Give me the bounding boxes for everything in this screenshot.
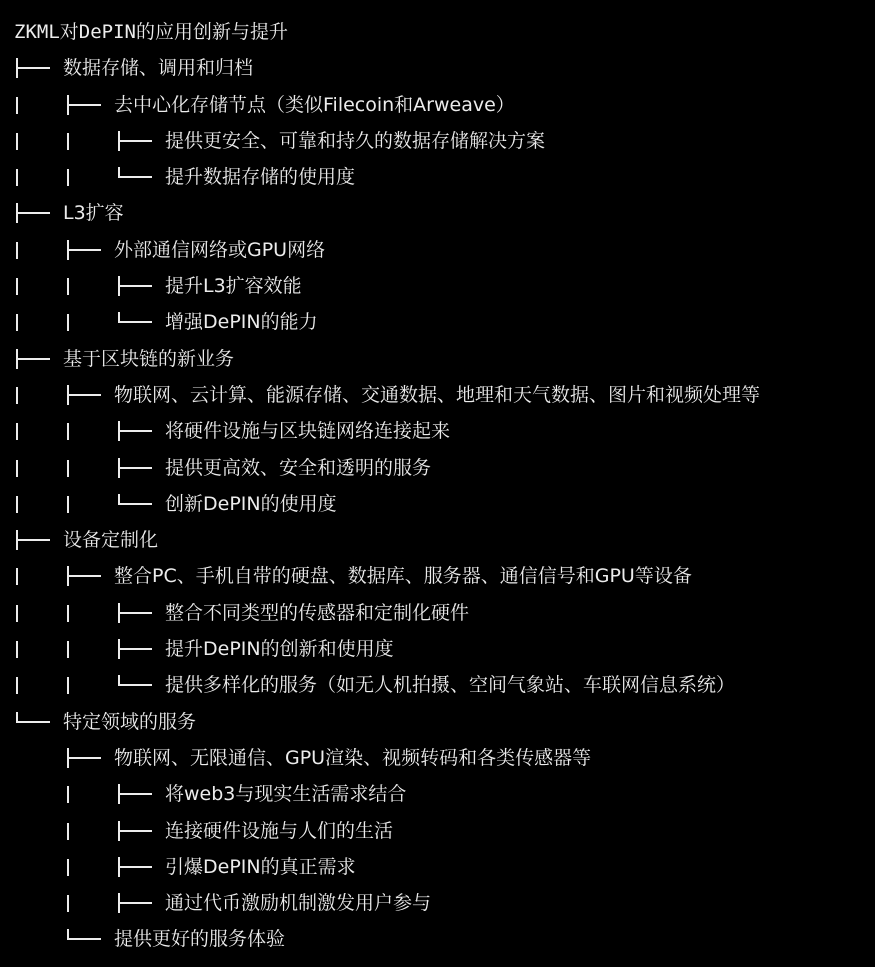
tree-connector xyxy=(14,813,165,849)
tree-node-label: L3扩容 xyxy=(63,195,124,231)
tree-connector xyxy=(14,740,114,776)
tree-node-label: 外部通信网络或GPU网络 xyxy=(114,232,325,268)
tree-node: 设备定制化 xyxy=(14,522,760,558)
tree-node-label: 增强DePIN的能力 xyxy=(165,304,318,340)
tree-node-label: 提供更高效、安全和透明的服务 xyxy=(165,450,431,486)
tree-node: 提供更好的服务体验 xyxy=(14,921,760,957)
tree-connector xyxy=(14,341,63,377)
tree-node-label: 连接硬件设施与人们的生活 xyxy=(165,813,393,849)
tree-node-label: 将web3与现实生活需求结合 xyxy=(165,776,406,812)
tree-node: 物联网、云计算、能源存储、交通数据、地理和天气数据、图片和视频处理等 xyxy=(14,377,760,413)
tree-connector xyxy=(14,377,114,413)
tree-node: 提供更安全、可靠和持久的数据存储解决方案 xyxy=(14,123,760,159)
tree-connector xyxy=(14,123,165,159)
tree-node-label: 提供多样化的服务（如无人机拍摄、空间气象站、车联网信息系统） xyxy=(165,667,735,703)
tree-node-label: 整合不同类型的传感器和定制化硬件 xyxy=(165,595,469,631)
tree-node: 提升DePIN的创新和使用度 xyxy=(14,631,760,667)
tree-node: 提供多样化的服务（如无人机拍摄、空间气象站、车联网信息系统） xyxy=(14,667,760,703)
tree-node-label: 引爆DePIN的真正需求 xyxy=(165,849,356,885)
tree-connector xyxy=(14,268,165,304)
tree-node: L3扩容 xyxy=(14,195,760,231)
tree-node-label: 创新DePIN的使用度 xyxy=(165,486,337,522)
tree-connector xyxy=(14,558,114,594)
tree-connector xyxy=(14,921,114,957)
tree-node: 去中心化存储节点（类似Filecoin和Arweave） xyxy=(14,87,760,123)
tree-node: 连接硬件设施与人们的生活 xyxy=(14,813,760,849)
tree-node: 物联网、无限通信、GPU渲染、视频转码和各类传感器等 xyxy=(14,740,760,776)
tree-node-label: 设备定制化 xyxy=(63,522,158,558)
tree-node: 整合不同类型的传感器和定制化硬件 xyxy=(14,595,760,631)
tree-node-label: 提升DePIN的创新和使用度 xyxy=(165,631,394,667)
tree-node: 基于区块链的新业务 xyxy=(14,341,760,377)
tree-rows: 数据存储、调用和归档去中心化存储节点（类似Filecoin和Arweave）提供… xyxy=(14,50,760,957)
tree-connector xyxy=(14,667,165,703)
tree-node-label: 通过代币激励机制激发用户参与 xyxy=(165,885,431,921)
tree-title: ZKML对DePIN的应用创新与提升 xyxy=(14,14,760,50)
tree-node-label: 数据存储、调用和归档 xyxy=(63,50,253,86)
tree-node: 数据存储、调用和归档 xyxy=(14,50,760,86)
tree-connector xyxy=(14,50,63,86)
tree-node-label: 提供更好的服务体验 xyxy=(114,921,285,957)
tree-node-label: 整合PC、手机自带的硬盘、数据库、服务器、通信信号和GPU等设备 xyxy=(114,558,692,594)
tree-connector xyxy=(14,159,165,195)
tree-connector xyxy=(14,631,165,667)
tree-connector xyxy=(14,849,165,885)
tree-node: 提供更高效、安全和透明的服务 xyxy=(14,450,760,486)
tree-node-label: 物联网、无限通信、GPU渲染、视频转码和各类传感器等 xyxy=(114,740,591,776)
tree-node: 提升数据存储的使用度 xyxy=(14,159,760,195)
tree-node-label: 提升L3扩容效能 xyxy=(165,268,302,304)
tree-node: 通过代币激励机制激发用户参与 xyxy=(14,885,760,921)
tree-node-label: 基于区块链的新业务 xyxy=(63,341,234,377)
tree-node: 特定领域的服务 xyxy=(14,704,760,740)
tree-connector xyxy=(14,704,63,740)
tree-node-label: 物联网、云计算、能源存储、交通数据、地理和天气数据、图片和视频处理等 xyxy=(114,377,760,413)
tree-connector xyxy=(14,776,165,812)
tree-node: 外部通信网络或GPU网络 xyxy=(14,232,760,268)
tree-connector xyxy=(14,232,114,268)
tree-node: 创新DePIN的使用度 xyxy=(14,486,760,522)
tree-connector xyxy=(14,87,114,123)
tree-node: 提升L3扩容效能 xyxy=(14,268,760,304)
tree-connector xyxy=(14,522,63,558)
tree-connector xyxy=(14,195,63,231)
tree-node-label: 特定领域的服务 xyxy=(63,704,196,740)
tree-node-label: 去中心化存储节点（类似Filecoin和Arweave） xyxy=(114,87,515,123)
tree-connector xyxy=(14,486,165,522)
tree-node: 引爆DePIN的真正需求 xyxy=(14,849,760,885)
tree-node: 将web3与现实生活需求结合 xyxy=(14,776,760,812)
tree-connector xyxy=(14,885,165,921)
tree-node-label: 提升数据存储的使用度 xyxy=(165,159,355,195)
tree-node-label: 将硬件设施与区块链网络连接起来 xyxy=(165,413,450,449)
tree-connector xyxy=(14,595,165,631)
tree-connector xyxy=(14,304,165,340)
tree-node: 增强DePIN的能力 xyxy=(14,304,760,340)
tree-node-label: 提供更安全、可靠和持久的数据存储解决方案 xyxy=(165,123,545,159)
tree-connector xyxy=(14,413,165,449)
tree-node: 将硬件设施与区块链网络连接起来 xyxy=(14,413,760,449)
tree-diagram: ZKML对DePIN的应用创新与提升 数据存储、调用和归档去中心化存储节点（类似… xyxy=(14,14,760,958)
tree-connector xyxy=(14,450,165,486)
tree-node: 整合PC、手机自带的硬盘、数据库、服务器、通信信号和GPU等设备 xyxy=(14,558,760,594)
